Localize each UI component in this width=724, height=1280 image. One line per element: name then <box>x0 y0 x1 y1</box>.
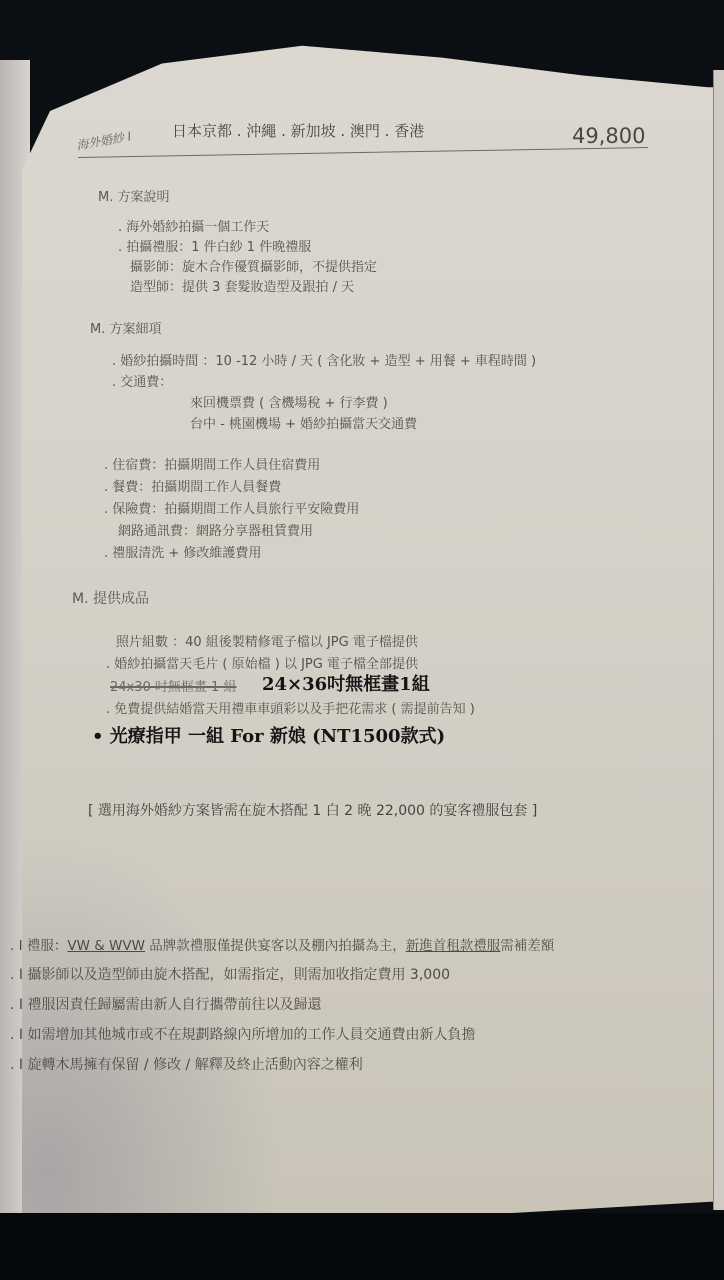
note-item: . I 禮服：VW & WVW 品牌款禮服僅提供宴客以及棚內拍攝為主，新進首租款… <box>10 934 554 954</box>
note-item: . I 攝影師以及造型師由旋木搭配，如需指定，則需加收指定費用 3,000 <box>10 964 450 984</box>
list-item: . 保險費：拍攝期間工作人員旅行平安險費用 <box>104 498 359 517</box>
list-item: . 婚紗拍攝時間 ：10 -12 小時 / 天 ( 含化妝 + 造型 + 用餐 … <box>112 350 536 369</box>
header-destinations: 日本京都 . 沖繩 . 新加坡 . 澳門 . 香港 <box>172 120 424 141</box>
list-item: . 住宿費：拍攝期間工作人員住宿費用 <box>104 454 320 473</box>
list-item: 網路通訊費：網路分享器租賃費用 <box>118 520 313 539</box>
list-item: . 免費提供結婚當天用禮車車頭彩以及手把花需求 ( 需提前告知 ) <box>106 698 475 717</box>
list-item: . 海外婚紗拍攝一個工作天 <box>118 216 269 235</box>
note-item: . I 禮服因責任歸屬需由新人自行攜帶前往以及歸還 <box>10 994 321 1014</box>
section-title-plan-description: M. 方案說明 <box>98 186 169 205</box>
struck-item: 24x30 吋無框畫 1 組 <box>110 676 236 695</box>
list-item: 攝影師：旋木合作優質攝影師，不提供指定 <box>130 256 377 275</box>
package-notice: [ 選用海外婚紗方案皆需在旋木搭配 1 白 2 晚 22,000 的宴客禮服包套… <box>88 800 537 820</box>
section-title-plan-details: M. 方案細項 <box>90 318 161 337</box>
list-item: 造型師：提供 3 套髮妝造型及跟拍 / 天 <box>130 276 354 295</box>
right-page-edge <box>713 70 724 1210</box>
hand-shadow <box>22 833 282 1213</box>
note-item: . I 如需增加其他城市或不在規劃路線內所增加的工作人員交通費由新人負擔 <box>10 1024 475 1044</box>
table-background <box>0 1213 724 1280</box>
list-item: 來回機票費 ( 含機場稅 + 行李費 ) <box>190 392 388 411</box>
handwritten-addition: • 光療指甲 一組 For 新娘 (NT1500款式) <box>92 722 445 748</box>
list-item: . 餐費：拍攝期間工作人員餐費 <box>104 476 281 495</box>
list-item: . 拍攝禮服：1 件白紗 1 件晚禮服 <box>118 236 311 255</box>
handwritten-replacement: 24×36吋無框畫1組 <box>262 670 430 696</box>
list-item: 台中 - 桃園機場 + 婚紗拍攝當天交通費 <box>190 413 417 432</box>
section-title-deliverables: M. 提供成品 <box>72 588 149 608</box>
list-item: 照片組數 ：40 組後製精修電子檔以 JPG 電子檔提供 <box>116 631 418 650</box>
list-item: . 禮服清洗 + 修改維護費用 <box>104 542 261 561</box>
list-item: . 交通費： <box>112 371 172 390</box>
note-item: . I 旋轉木馬擁有保留 / 修改 / 解釋及終止活動內容之權利 <box>10 1054 363 1074</box>
header-price: 49,800 <box>572 124 645 148</box>
